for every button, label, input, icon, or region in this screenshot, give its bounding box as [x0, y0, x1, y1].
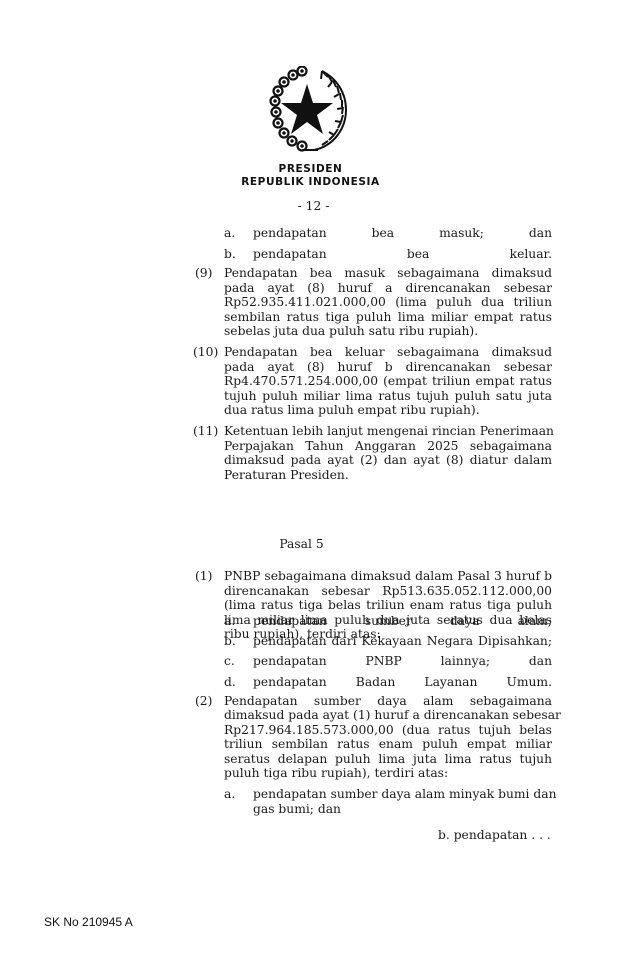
header-subtitle: REPUBLIK INDONESIA: [14, 176, 607, 188]
text-line: Pendapatan bea masuk sebagaimana dimaksu…: [224, 266, 552, 281]
clause-number: (9): [195, 266, 212, 281]
list-letter: b.: [224, 247, 236, 262]
list-letter: a.: [224, 226, 235, 241]
list-item: pendapatan sumber daya alam;: [253, 614, 552, 629]
list-letter: d.: [224, 675, 236, 690]
text-line: Rp4.470.571.254.000,00 (empat triliun em…: [224, 374, 552, 389]
clause-number: (11): [193, 424, 218, 439]
text-line: Peraturan Presiden.: [224, 468, 552, 483]
list-letter: c.: [224, 654, 235, 669]
text-line: dua ratus lima puluh empat ribu rupiah).: [224, 403, 552, 418]
text-line: Rp217.964.185.573.000,00 (dua ratus tuju…: [224, 723, 552, 738]
text-line: (lima ratus tiga belas triliun enam ratu…: [224, 598, 552, 613]
page-number: - 12 -: [0, 199, 627, 214]
presidential-seal-icon: [262, 66, 352, 156]
clause-number: (10): [193, 345, 218, 360]
text-line: Perpajakan Tahun Anggaran 2025 sebagaima…: [224, 439, 552, 454]
list-letter: a.: [224, 614, 235, 629]
list-item: pendapatan PNBP lainnya; dan: [253, 654, 552, 669]
text-line: puluh tiga ribu rupiah), terdiri atas:: [224, 766, 552, 781]
list-letter: a.: [224, 787, 235, 802]
text-line: dimaksud pada ayat (2) dan ayat (8) diat…: [224, 453, 552, 468]
text-line: Pendapatan bea keluar sebagaimana dimaks…: [224, 345, 552, 360]
text-line: triliun sembilan ratus enam puluh empat …: [224, 737, 552, 752]
text-line: dimaksud pada ayat (1) huruf a direncana…: [224, 708, 552, 723]
text-line: Rp52.935.411.021.000,00 (lima puluh dua …: [224, 295, 552, 310]
text-line: sembilan ratus tiga puluh lima miliar em…: [224, 310, 552, 325]
text-line: pada ayat (8) huruf a direncanakan sebes…: [224, 281, 552, 296]
list-item: pendapatan dari Kekayaan Negara Dipisahk…: [253, 634, 552, 649]
document-page: PRESIDEN REPUBLIK INDONESIA - 12 - a. pe…: [0, 0, 627, 960]
clause-number: (1): [195, 569, 212, 584]
list-item: gas bumi; dan: [253, 802, 552, 817]
article-title: Pasal 5: [0, 537, 615, 552]
text-line: direncanakan sebesar Rp513.635.052.112.0…: [224, 584, 552, 599]
text-line: pada ayat (8) huruf b direncanakan sebes…: [224, 360, 552, 375]
text-line: Ketentuan lebih lanjut mengenai rincian …: [224, 424, 552, 439]
list-item: pendapatan bea keluar.: [253, 247, 552, 262]
list-item: pendapatan sumber daya alam minyak bumi …: [253, 787, 552, 802]
continuation-catchword: b. pendapatan . . .: [438, 828, 551, 843]
list-letter: b.: [224, 634, 236, 649]
list-item: pendapatan Badan Layanan Umum.: [253, 675, 552, 690]
text-line: seratus delapan puluh lima juta lima rat…: [224, 752, 552, 767]
text-line: sebelas juta dua puluh satu ribu rupiah)…: [224, 324, 552, 339]
clause-number: (2): [195, 694, 212, 709]
text-line: PNBP sebagaimana dimaksud dalam Pasal 3 …: [224, 569, 552, 584]
footer-serial-number: SK No 210945 A: [44, 915, 133, 929]
list-item: pendapatan bea masuk; dan: [253, 226, 552, 241]
text-line: Pendapatan sumber daya alam sebagaimana: [224, 694, 552, 709]
text-line: tujuh puluh miliar lima ratus tujuh pulu…: [224, 389, 552, 404]
header-title: PRESIDEN: [14, 163, 607, 175]
